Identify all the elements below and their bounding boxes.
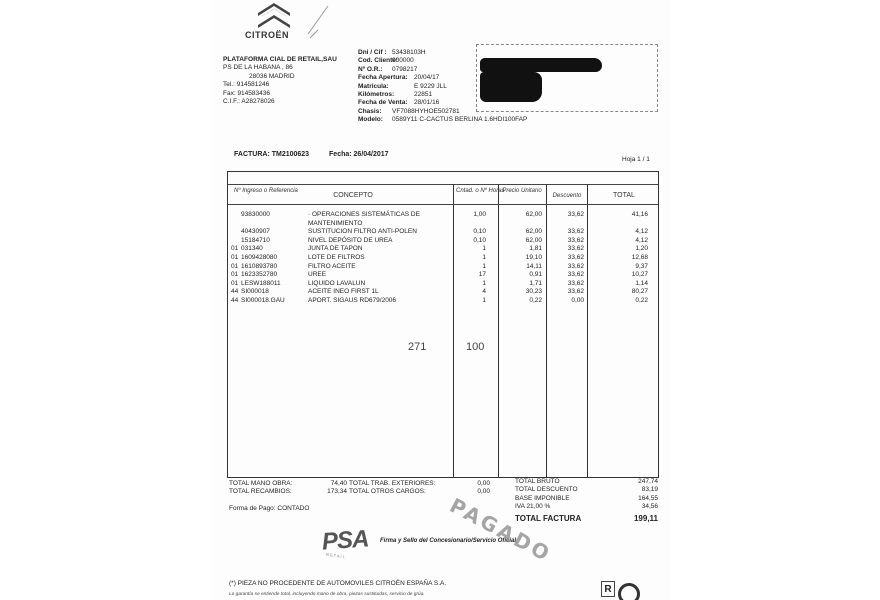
cell-concept: · OPERACIONES SISTEMÁTICAS DE (308, 211, 448, 219)
totals-right-row: BASE IMPONIBLE 164,55 (515, 495, 660, 503)
cell-discount: 33,62 (546, 263, 584, 271)
cell-price: 19,10 (500, 254, 542, 262)
vehicle-info-value: 22851 (414, 91, 432, 98)
cell-qty: 1 (456, 245, 486, 253)
cell-qty: 1 (456, 254, 486, 262)
summary-label: TOTAL BRUTO (515, 478, 560, 486)
cell-concept: FILTRO ACEITE (308, 263, 448, 271)
vehicle-info-value: 0589Y11 C-CACTUS BERLINA 1.6HDI100FAP (392, 116, 527, 123)
cell-discount: 0,00 (546, 297, 584, 305)
vehicle-info-label: Dni / Cif : (358, 49, 392, 57)
total-label: TOTAL TRAB. EXTERIORES: (349, 480, 435, 488)
summary-value: 34,56 (615, 503, 658, 511)
cell-qty: 4 (456, 288, 486, 296)
cell-total: 1,14 (590, 280, 648, 288)
cell-discount: 33,62 (546, 271, 584, 279)
vehicle-info-value: 20/04/17 (414, 74, 439, 81)
vehicle-info-label: Fecha Apertura: (358, 74, 414, 82)
cell-total: 10,27 (590, 271, 648, 279)
cell-total: 1,20 (590, 245, 648, 253)
totals-right-row: TOTAL DESCUENTO 83,19 (515, 486, 660, 494)
table-header-divider (228, 204, 658, 205)
cell-prefix: 44 (231, 288, 241, 296)
table-row: 01031340JUNTA DE TAPON11,8133,621,20 (228, 245, 660, 253)
cell-total: 0,22 (590, 297, 648, 305)
dealer-address-1: PS DE LA HABANA , 86 (223, 64, 337, 72)
cell-ref: SI000018.GAU (241, 297, 301, 305)
invoice-header: FACTURA: TM2100623 Fecha: 26/04/2017 (234, 151, 407, 158)
cell-qty: 17 (456, 271, 486, 279)
table-row: 44SI000018.GAUAPORT. SIGAUS RD679/200610… (228, 297, 660, 305)
total-label: TOTAL MANO OBRA: (229, 480, 292, 488)
cell-concept: JUNTA DE TAPON (308, 245, 448, 253)
vehicle-info-label: Kilómetros: (358, 91, 414, 99)
cell-total: 12,68 (590, 254, 648, 262)
summary-label: IVA 21,00 % (515, 503, 550, 511)
cell-qty: 0,10 (456, 237, 486, 245)
cell-discount: 33,62 (546, 245, 584, 253)
cell-discount: 33,62 (546, 237, 584, 245)
cell-price: 14,11 (500, 263, 542, 271)
table-row: 40430907SUSTITUCION FILTRO ANTI-POLEN0,1… (228, 228, 660, 236)
redacted-customer-name (480, 58, 602, 72)
cell-concept: LOTE DE FILTROS (308, 254, 448, 262)
cell-price: 30,23 (500, 288, 542, 296)
header-concept: CONCEPTO (308, 193, 398, 200)
cell-ref: LESW188011 (241, 280, 301, 288)
cell-discount: 33,62 (546, 228, 584, 236)
cell-ref: SI000018 (241, 288, 301, 296)
invoice-date: Fecha: 26/04/2017 (329, 151, 389, 158)
dealer-name: PLATAFORMA CIAL DE RETAIL,SAU (223, 56, 337, 64)
cell-qty: 1 (456, 280, 486, 288)
totals-left-row: TOTAL MANO OBRA: 74,40 TOTAL TRAB. EXTER… (229, 480, 499, 488)
cell-price: 1,81 (500, 245, 542, 253)
cell-ref: 1610893780 (241, 263, 301, 271)
table-row: MANTENIMIENTO (228, 220, 660, 228)
totals-right: TOTAL BRUTO 247,74 TOTAL DESCUENTO 83,19… (515, 478, 660, 512)
totals-right-row: TOTAL BRUTO 247,74 (515, 478, 660, 486)
vehicle-info-label: Fecha de Venta: (358, 99, 414, 107)
table-band-divider (228, 184, 658, 185)
cell-price: 62,00 (500, 211, 542, 219)
table-row: 01LESW188011LIQUIDO LAVALUN11,7133,621,1… (228, 280, 660, 288)
cell-ref: 40430907 (241, 228, 301, 236)
cell-concept: MANTENIMIENTO (308, 220, 448, 228)
registered-company-icon: R (601, 581, 615, 597)
overlay-number: 100 (466, 341, 484, 353)
cell-concept: UREE (308, 271, 448, 279)
cell-price: 0,22 (500, 297, 542, 305)
cell-discount: 33,62 (546, 280, 584, 288)
dealer-phone: Tel.: 914581246 (223, 81, 337, 89)
cell-prefix: 01 (231, 245, 241, 253)
invoice-lines-table: Nº Ingreso o Referencia CONCEPTO Cntad. … (227, 171, 659, 478)
cell-ref: 1623352780 (241, 271, 301, 279)
vehicle-info-value: 000000 (392, 57, 414, 64)
vehicle-info-value: E 9229 JLL (414, 83, 447, 90)
warranty-note: La garantía se entiende total, incluyend… (229, 592, 425, 597)
cell-total: 4,12 (590, 228, 648, 236)
table-row: 44SI000018ACEITE INEO FIRST 1L430,2333,6… (228, 288, 660, 296)
header-unit-price: Precio Unitario (501, 188, 543, 195)
total-value: 0,00 (454, 480, 490, 488)
cell-prefix: 01 (231, 271, 241, 279)
table-row: 011609428080LOTE DE FILTROS119,1033,6212… (228, 254, 660, 262)
cell-total: 9,37 (590, 263, 648, 271)
cell-prefix: 44 (231, 297, 241, 305)
grand-total-label: TOTAL FACTURA (515, 514, 581, 523)
table-row: 93830000· OPERACIONES SISTEMÁTICAS DE1,0… (228, 211, 660, 219)
header-total: TOTAL (590, 193, 658, 200)
dealer-info: PLATAFORMA CIAL DE RETAIL,SAU PS DE LA H… (223, 56, 337, 106)
dealer-fax: Fax: 914583436 (223, 90, 337, 98)
cell-total: 4,12 (590, 237, 648, 245)
vehicle-info-row: Modelo:0589Y11 C-CACTUS BERLINA 1.6HDI10… (358, 116, 790, 124)
cell-prefix: 01 (231, 280, 241, 288)
summary-value: 164,55 (615, 495, 658, 503)
cell-ref: 15184710 (241, 237, 301, 245)
cell-ref: 031340 (241, 245, 301, 253)
sheet-number: Hoja 1 / 1 (622, 156, 650, 163)
payment-method: Forma de Pago: CONTADO (229, 505, 309, 513)
invoice-number: FACTURA: TM2100623 (234, 151, 309, 158)
header-qty: Cntad. o Nº Horas (456, 188, 496, 195)
vehicle-info-value: 28/01/16 (414, 99, 439, 106)
cell-qty: 1 (456, 297, 486, 305)
cell-total: 41,16 (590, 211, 648, 219)
redacted-customer-address (480, 72, 542, 102)
vehicle-info-label: Chasis: (358, 108, 392, 116)
cell-concept: NIVEL DEPÓSITO DE UREA (308, 237, 448, 245)
cell-qty: 1,00 (456, 211, 486, 219)
dealer-cif: C.I.F.: A28278026 (223, 98, 337, 106)
overlay-number: 271 (408, 341, 426, 353)
cell-qty: 1 (456, 263, 486, 271)
cell-concept: ACEITE INEO FIRST 1L (308, 288, 448, 296)
vehicle-info-label: Matricula: (358, 83, 414, 91)
cell-total: 80,27 (590, 288, 648, 296)
totals-right-row: IVA 21,00 % 34,56 (515, 503, 660, 511)
table-row: 15184710NIVEL DEPÓSITO DE UREA0,1062,003… (228, 237, 660, 245)
cell-price: 1,71 (500, 280, 542, 288)
certification-seal-icon (618, 583, 640, 600)
citroen-chevron-logo-icon (254, 2, 294, 30)
summary-value: 247,74 (615, 478, 658, 486)
cell-prefix: 01 (231, 254, 241, 262)
vehicle-info-label: Nº O.R.: (358, 66, 392, 74)
vehicle-info-value: 0798217 (392, 66, 417, 73)
header-ref: Nº Ingreso o Referencia (234, 188, 274, 195)
footnote: (*) PIEZA NO PROCEDENTE DE AUTOMOVILES C… (229, 580, 446, 587)
summary-label: TOTAL DESCUENTO (515, 486, 578, 494)
total-value: 74,40 (309, 480, 347, 488)
vehicle-info-value: 53438103H (392, 49, 426, 56)
cell-ref: 1609428080 (241, 254, 301, 262)
summary-label: BASE IMPONIBLE (515, 495, 570, 503)
table-row: 011610893780FILTRO ACEITE114,1133,629,37 (228, 263, 660, 271)
handwritten-mark-icon (300, 4, 330, 42)
total-label: TOTAL RECAMBIOS: (229, 488, 292, 496)
vehicle-info-label: Modelo: (358, 116, 392, 124)
cell-discount: 33,62 (546, 211, 584, 219)
vehicle-info-value: VF7088HYHOE502781 (392, 108, 460, 115)
cell-price: 0,91 (500, 271, 542, 279)
cell-discount: 33,62 (546, 254, 584, 262)
summary-value: 83,19 (615, 486, 658, 494)
cell-concept: SUSTITUCION FILTRO ANTI-POLEN (308, 228, 448, 236)
brand-name: CITROËN (245, 30, 289, 40)
vehicle-info-label: Cod. Cliente: (358, 57, 392, 65)
cell-concept: LIQUIDO LAVALUN (308, 280, 448, 288)
cell-ref: 93830000 (241, 211, 301, 219)
header-discount: Descuento (548, 193, 586, 200)
total-value: 173,34 (309, 488, 347, 496)
cell-qty: 0,10 (456, 228, 486, 236)
cell-prefix: 01 (231, 263, 241, 271)
cell-price: 62,00 (500, 228, 542, 236)
total-label: TOTAL OTROS CARGOS: (349, 488, 426, 496)
cell-discount: 33,62 (546, 288, 584, 296)
dealer-address-2: 28036 MADRID (223, 73, 337, 81)
cell-price: 62,00 (500, 237, 542, 245)
grand-total-value: 199,11 (622, 514, 658, 523)
cell-concept: APORT. SIGAUS RD679/2006 (308, 297, 448, 305)
table-row: 011623352780UREE170,9133,6210,27 (228, 271, 660, 279)
